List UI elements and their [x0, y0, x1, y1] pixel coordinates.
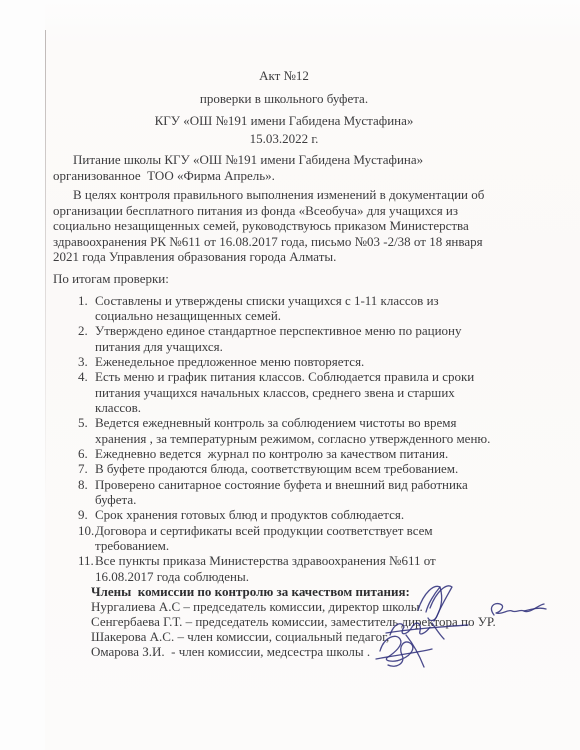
- purpose-line: социально незащищенных семей, руководств…: [53, 218, 515, 234]
- finding-line: Ежедневно ведется журнал по контролю за …: [95, 446, 515, 461]
- finding-line: буфета.: [95, 492, 515, 507]
- purpose-line: организации бесплатного питания из фонда…: [53, 203, 515, 219]
- finding-number: 9.: [78, 507, 88, 522]
- finding-line: социально незащищенных семей.: [95, 308, 515, 323]
- finding-line: питания учащихся начальных классов, сред…: [95, 385, 515, 400]
- finding-text: Договора и сертификаты всей продукции со…: [95, 523, 515, 554]
- finding-text: Ежедневно ведется журнал по контролю за …: [95, 446, 515, 461]
- finding-line: Проверено санитарное состояние буфета и …: [95, 477, 515, 492]
- finding-text: Ведется ежедневный контроль за соблюдени…: [95, 415, 515, 446]
- finding-number: 5.: [78, 415, 88, 430]
- school-name: КГУ «ОШ №191 имени Габидена Мустафина»: [53, 113, 515, 128]
- finding-number: 4.: [78, 369, 88, 384]
- finding-line: Договора и сертификаты всей продукции со…: [95, 523, 515, 538]
- finding-line: Все пункты приказа Министерства здравоох…: [95, 553, 515, 568]
- finding-item: 2. Утверждено единое стандартное перспек…: [78, 323, 515, 354]
- finding-text: Составлены и утверждены списки учащихся …: [95, 293, 515, 324]
- finding-line: хранения , за температурным режимом, сог…: [95, 431, 515, 446]
- finding-line: В буфете продаются блюда, соответствующи…: [95, 461, 515, 476]
- finding-number: 11.: [78, 553, 94, 568]
- finding-item: 3. Еженедельное предложенное меню повтор…: [78, 354, 515, 369]
- finding-line: Составлены и утверждены списки учащихся …: [95, 293, 515, 308]
- finding-number: 10.: [78, 523, 94, 538]
- findings-list: 1. Составлены и утверждены списки учащих…: [78, 293, 515, 585]
- finding-line: классов.: [95, 400, 515, 415]
- finding-text: Все пункты приказа Министерства здравоох…: [95, 553, 515, 584]
- finding-number: 1.: [78, 293, 88, 308]
- finding-item: 1. Составлены и утверждены списки учащих…: [78, 293, 515, 324]
- finding-text: Есть меню и график питания классов. Собл…: [95, 369, 515, 415]
- finding-line: Ведется ежедневный контроль за соблюдени…: [95, 415, 515, 430]
- intro-paragraph: Питание школы КГУ «ОШ №191 имени Габиден…: [53, 152, 515, 184]
- finding-line: Есть меню и график питания классов. Собл…: [95, 369, 515, 384]
- act-subtitle: проверки в школьного буфета.: [53, 91, 515, 106]
- finding-line: требованием.: [95, 538, 515, 553]
- intro-line: Питание школы КГУ «ОШ №191 имени Габиден…: [53, 152, 515, 168]
- finding-line: Срок хранения готовых блюд и продуктов с…: [95, 507, 515, 522]
- results-label: По итогам проверки:: [53, 271, 515, 286]
- act-title: Акт №12: [53, 68, 515, 83]
- finding-item: 8. Проверено санитарное состояние буфета…: [78, 477, 515, 508]
- finding-number: 8.: [78, 477, 88, 492]
- finding-line: Утверждено единое стандартное перспектив…: [95, 323, 515, 338]
- scan-left-margin: [0, 0, 45, 750]
- act-date: 15.03.2022 г.: [53, 131, 515, 146]
- finding-text: Срок хранения готовых блюд и продуктов с…: [95, 507, 515, 522]
- finding-number: 2.: [78, 323, 88, 338]
- finding-text: Еженедельное предложенное меню повторяет…: [95, 354, 515, 369]
- scan-edge-line: [45, 30, 46, 500]
- signature-sengerbaeva-icon: [484, 599, 548, 623]
- finding-item: 11. Все пункты приказа Министерства здра…: [78, 553, 515, 584]
- finding-text: Проверено санитарное состояние буфета и …: [95, 477, 515, 508]
- finding-text: В буфете продаются блюда, соответствующи…: [95, 461, 515, 476]
- purpose-paragraph: В целях контроля правильного выполнения …: [53, 187, 515, 265]
- finding-text: Утверждено единое стандартное перспектив…: [95, 323, 515, 354]
- finding-line: питания для учащихся.: [95, 339, 515, 354]
- document-page: Акт №12 проверки в школьного буфета. КГУ…: [53, 68, 515, 659]
- signature-omarova-icon: [366, 629, 441, 671]
- finding-item: 5. Ведется ежедневный контроль за соблюд…: [78, 415, 515, 446]
- finding-item: 4. Есть меню и график питания классов. С…: [78, 369, 515, 415]
- finding-number: 7.: [78, 461, 88, 476]
- purpose-line: 2021 года Управления образования города …: [53, 249, 515, 265]
- purpose-line: здравоохранения РК №611 от 16.08.2017 го…: [53, 234, 515, 250]
- intro-line: организованное ТОО «Фирма Апрель».: [53, 168, 515, 184]
- commission-member-line: Омарова З.И. - член комиссии, медсестра …: [91, 644, 515, 659]
- purpose-line: В целях контроля правильного выполнения …: [53, 187, 515, 203]
- finding-number: 3.: [78, 354, 88, 369]
- finding-item: 9. Срок хранения готовых блюд и продукто…: [78, 507, 515, 522]
- finding-item: 10. Договора и сертификаты всей продукци…: [78, 523, 515, 554]
- finding-line: Еженедельное предложенное меню повторяет…: [95, 354, 515, 369]
- finding-number: 6.: [78, 446, 88, 461]
- finding-item: 7. В буфете продаются блюда, соответству…: [78, 461, 515, 476]
- finding-item: 6. Ежедневно ведется журнал по контролю …: [78, 446, 515, 461]
